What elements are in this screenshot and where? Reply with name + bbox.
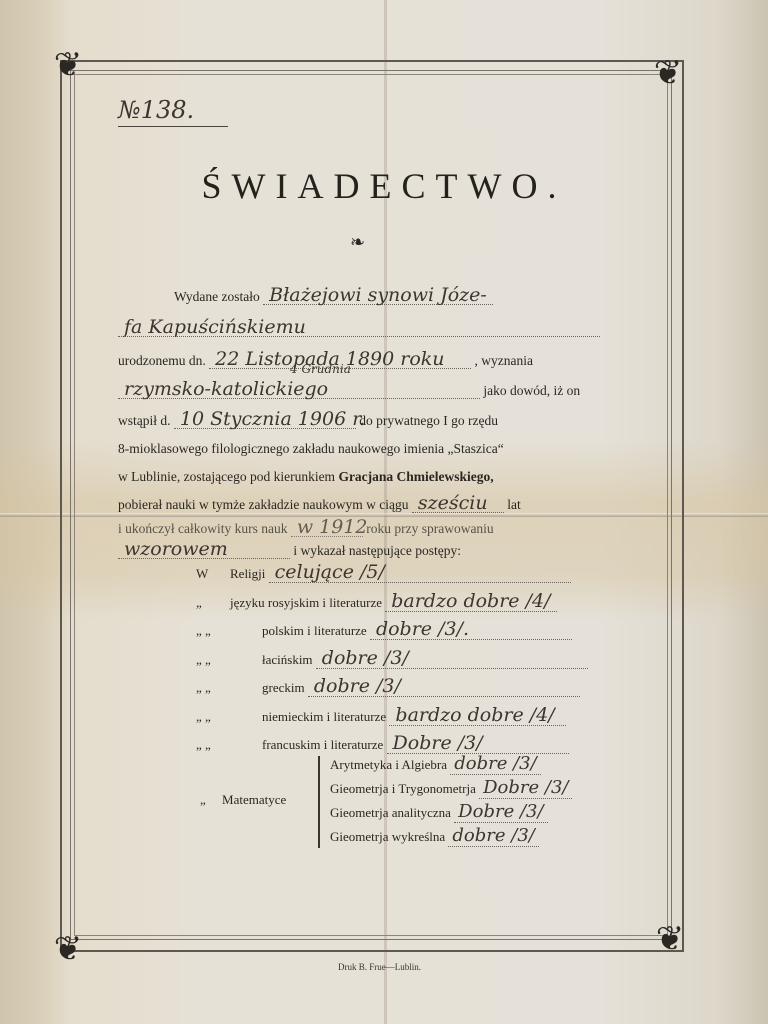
- subject: Arytmetyka i Algiebra: [330, 757, 447, 772]
- subject: języku rosyjskim i literaturze: [230, 589, 382, 617]
- corner-ornament-icon: ❦: [648, 920, 692, 960]
- issued-to-line: Wydane zostało Błażejowi synowi Józe-: [118, 286, 608, 308]
- completion-year: w 1912: [291, 518, 363, 537]
- subject: niemieckim i literaturze: [262, 703, 386, 731]
- bracket-line: [318, 756, 320, 848]
- subject: Gieometrja wykreślna: [330, 829, 445, 844]
- corner-ornament-icon: ❦: [46, 930, 90, 970]
- subject: Gieometrja i Trygonometrja: [330, 781, 476, 796]
- grade: Dobre /3/: [479, 777, 572, 799]
- grade-row: WReligji celujące /5/: [196, 560, 616, 589]
- label: Wydane zostało: [174, 289, 260, 304]
- label: 8-mioklasowego filologicznego zakładu na…: [118, 441, 504, 456]
- label: i ukończył całkowity kurs nauk: [118, 521, 287, 536]
- entry-date: 10 Stycznia 1906 r.: [174, 410, 356, 429]
- study-duration: sześciu: [412, 494, 504, 513]
- duration-line: pobierał nauki w tymże zakładzie naukowy…: [118, 494, 608, 516]
- label: pobierał nauki w tymże zakładzie naukowy…: [118, 497, 409, 512]
- math-row: Gieometrja i Trygonometrja Dobre /3/: [330, 776, 572, 800]
- mathematics-section: „ Matematyce Arytmetyka i Algiebra dobre…: [200, 752, 620, 852]
- label: , wyznania: [474, 353, 532, 368]
- subject: polskim i literaturze: [262, 617, 367, 645]
- grade: Dobre /3/: [387, 733, 569, 754]
- name-line-2: fa Kapuścińskiemu: [118, 318, 608, 340]
- subject: greckim: [262, 674, 305, 702]
- religion-line: rzymsko-katolickiego jako dowód, iż on: [118, 380, 608, 402]
- printer-imprint: Druk B. Frue—Lublin.: [338, 962, 421, 972]
- completion-line: i ukończył całkowity kurs nauk w 1912 ro…: [118, 518, 608, 540]
- grade: celujące /5/: [269, 562, 571, 583]
- birth-line: urodzonemu dn. 22 Listopada 1890 roku , …: [118, 350, 608, 372]
- document-title: ŚWIADECTWO.: [0, 165, 768, 207]
- grade: bardzo dobre /4/: [385, 591, 557, 612]
- label: i wykazał następujące postępy:: [293, 543, 461, 558]
- label: roku przy sprawowaniu: [366, 521, 493, 536]
- math-row: Arytmetyka i Algiebra dobre /3/: [330, 752, 572, 776]
- director-line: w Lublinie, zostającego pod kierunkiem G…: [118, 466, 608, 488]
- label: jako dowód, iż on: [483, 383, 580, 398]
- grade-row: „ „polskim i literaturze dobre /3/.: [196, 617, 616, 646]
- conduct-grade: wzorowem: [118, 540, 290, 559]
- director-name: Gracjana Chmielewskiego,: [338, 469, 493, 484]
- grade-row: „ „niemieckim i literaturze bardzo dobre…: [196, 703, 616, 732]
- fleuron-icon: ❧: [350, 232, 365, 253]
- grade-row: „języku rosyjskim i literaturze bardzo d…: [196, 589, 616, 618]
- corner-ornament-icon: ❦: [646, 54, 690, 94]
- corner-ornament-icon: ❦: [46, 46, 90, 86]
- subject: Religji: [230, 560, 265, 588]
- math-row: Gieometrja analityczna Dobre /3/: [330, 800, 572, 824]
- label: wstąpił d.: [118, 413, 171, 428]
- certificate-number: №138.: [118, 96, 228, 127]
- math-rows: Arytmetyka i Algiebra dobre /3/ Gieometr…: [330, 752, 572, 848]
- grade: bardzo dobre /4/: [389, 705, 566, 726]
- grade-row: „ „łacińskim dobre /3/: [196, 646, 616, 675]
- student-name-part1: Błażejowi synowi Józe-: [263, 286, 493, 305]
- religion: rzymsko-katolickiego: [118, 380, 480, 399]
- grade: dobre /3/: [316, 648, 588, 669]
- grade: dobre /3/: [448, 825, 538, 847]
- entry-line: wstąpił d. 10 Stycznia 1906 r. do prywat…: [118, 410, 608, 432]
- label: urodzonemu dn.: [118, 353, 206, 368]
- grade: Dobre /3/: [454, 801, 547, 823]
- birth-date-correction: 4 Grudnia: [290, 362, 351, 376]
- math-label: „ Matematyce: [200, 792, 286, 808]
- math-row: Gieometrja wykreślna dobre /3/: [330, 824, 572, 848]
- conduct-line: wzorowem i wykazał następujące postępy:: [118, 540, 608, 562]
- grade: dobre /3/: [450, 753, 540, 775]
- subject: Gieometrja analityczna: [330, 805, 451, 820]
- label: lat: [507, 497, 521, 512]
- student-name-part2: fa Kapuścińskiemu: [118, 318, 600, 337]
- grade: dobre /3/.: [370, 619, 572, 640]
- label: w Lublinie, zostającego pod kierunkiem: [118, 469, 335, 484]
- school-line: 8-mioklasowego filologicznego zakładu na…: [118, 438, 608, 460]
- label: do prywatnego I go rzędu: [359, 413, 498, 428]
- grade: dobre /3/: [308, 676, 580, 697]
- grades-list: WReligji celujące /5/ „języku rosyjskim …: [196, 560, 616, 760]
- grade-row: „ „greckim dobre /3/: [196, 674, 616, 703]
- subject: łacińskim: [262, 646, 313, 674]
